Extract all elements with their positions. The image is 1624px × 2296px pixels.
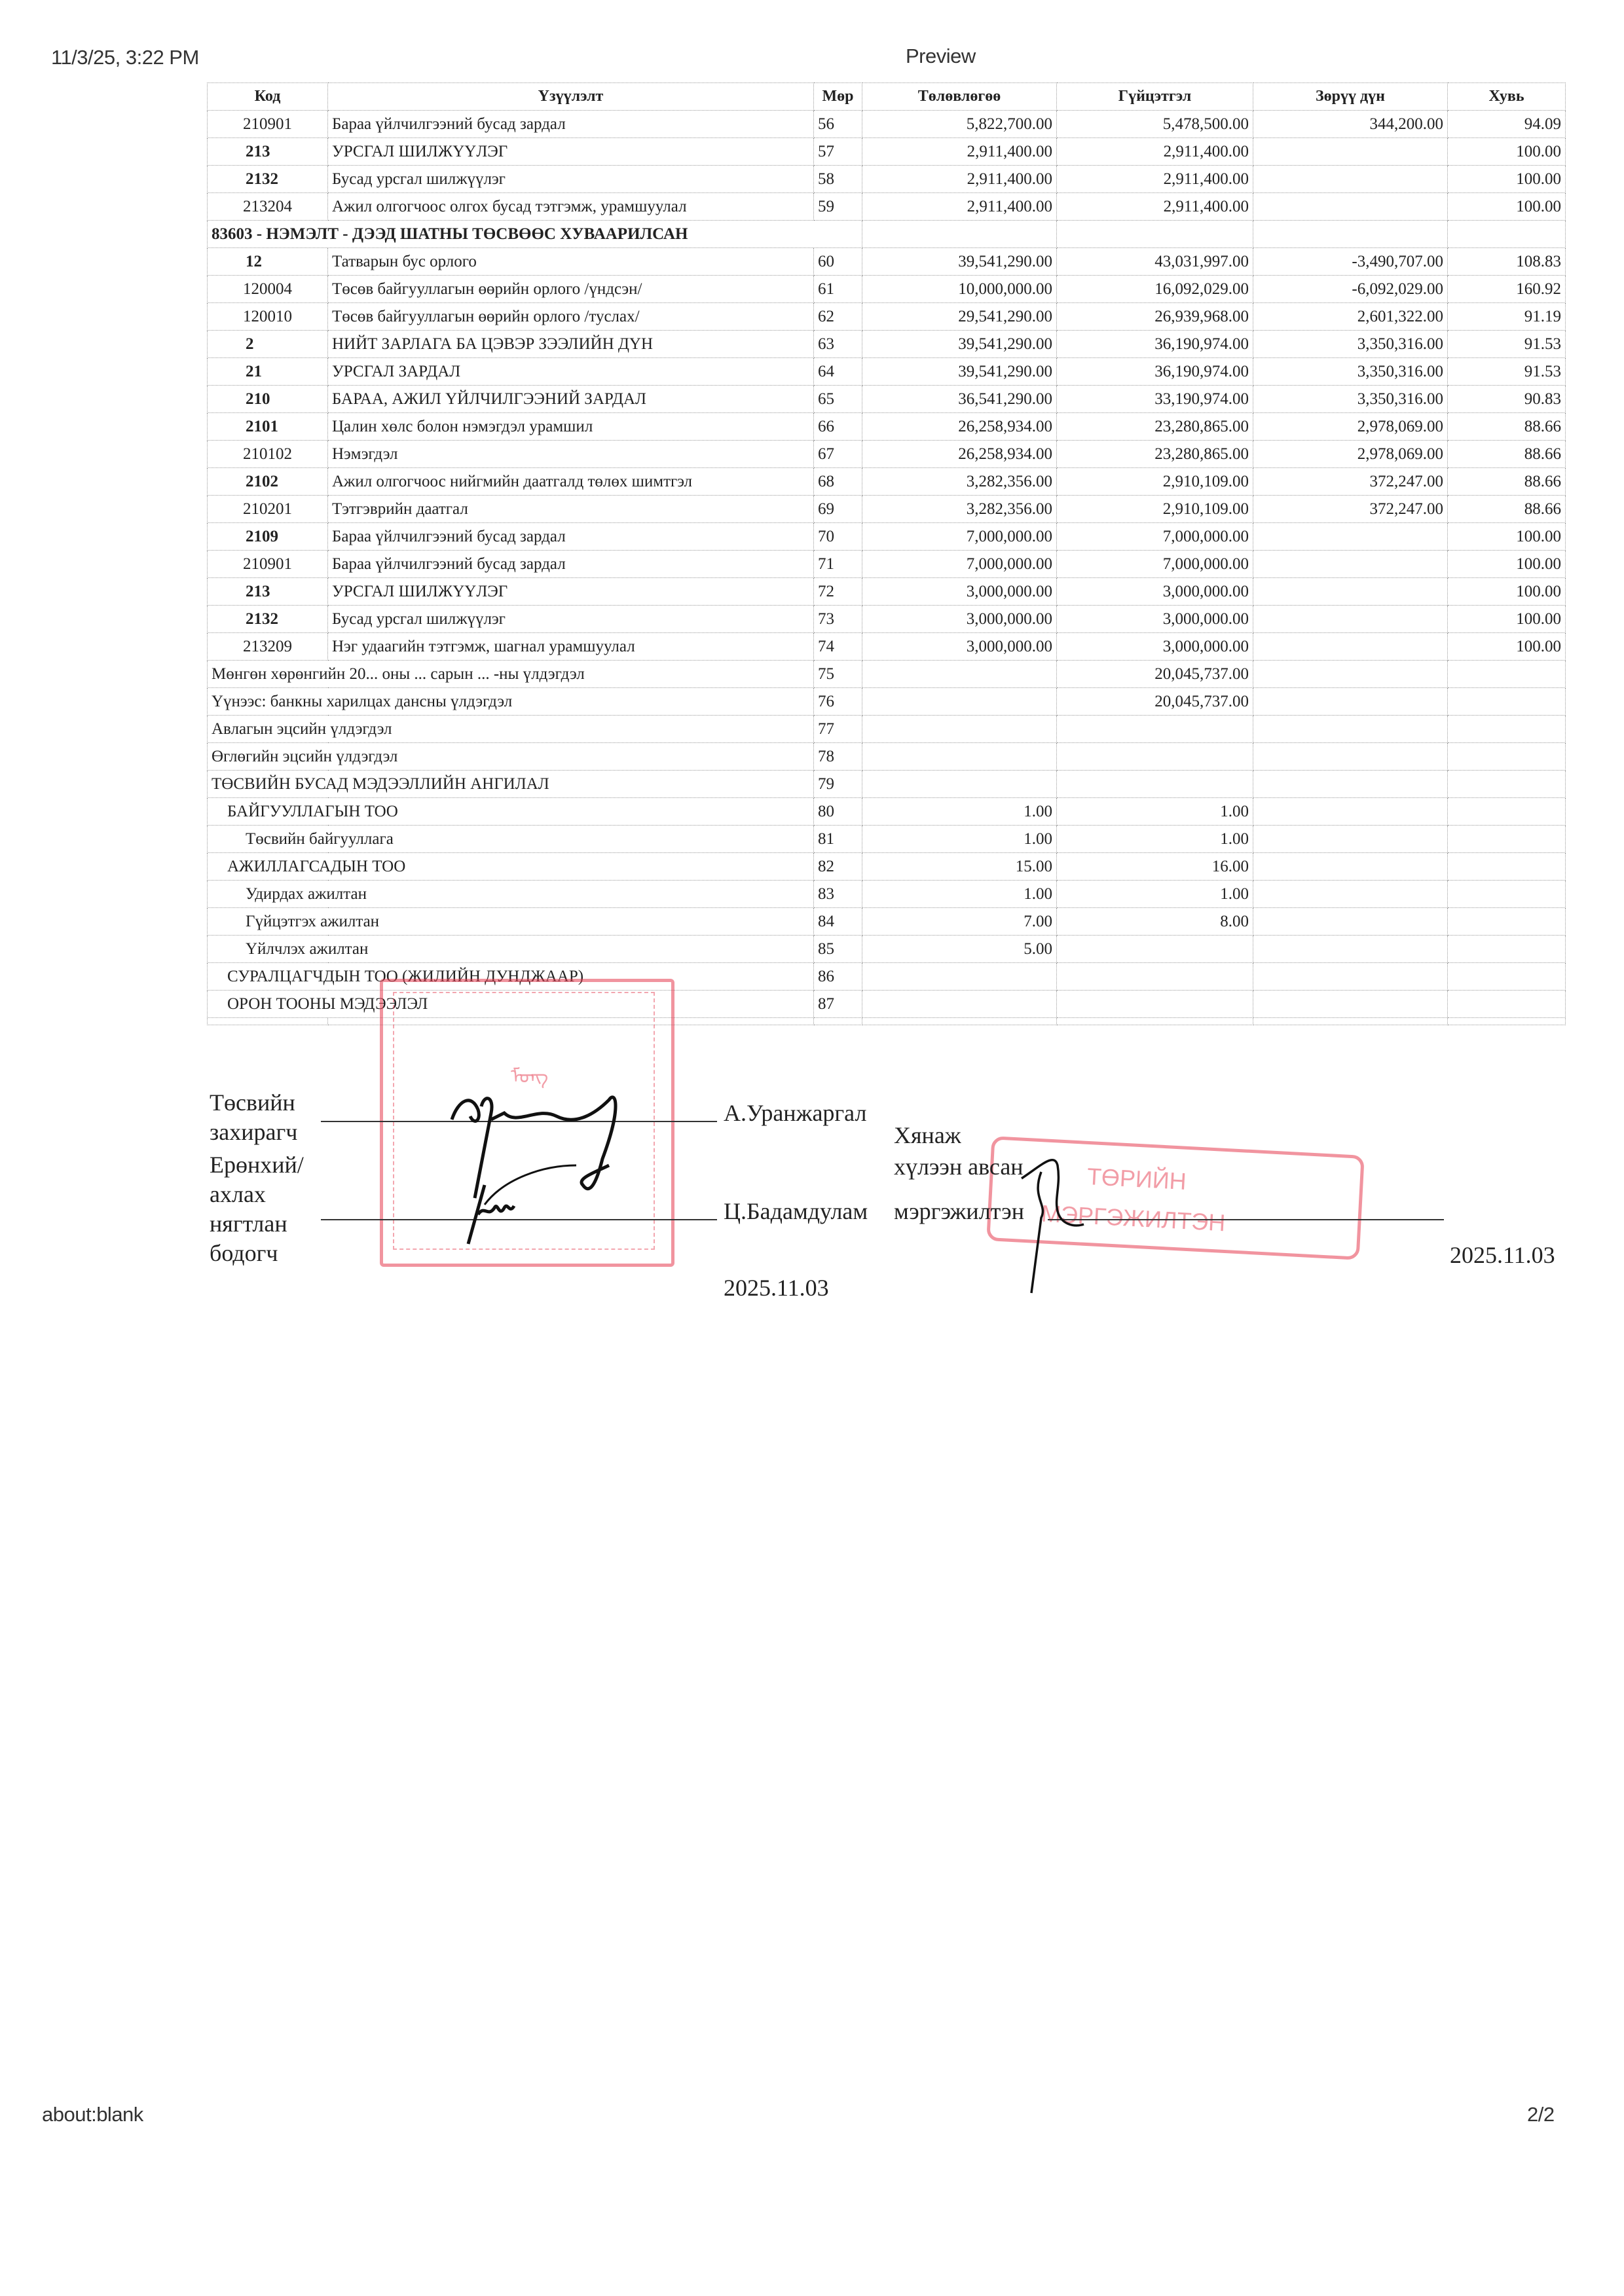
row-code: 213209: [208, 633, 328, 661]
percent-value: 100.00: [1448, 193, 1566, 221]
plan-value: 1.00: [862, 798, 1057, 826]
row-number: 86: [814, 963, 862, 991]
empty-cell: [1057, 1018, 1253, 1025]
row-number: 73: [814, 606, 862, 633]
plan-value: 7.00: [862, 908, 1057, 936]
empty-cell: [1253, 221, 1448, 248]
percent-value: 88.66: [1448, 496, 1566, 523]
row-number: 62: [814, 303, 862, 331]
row-number: 71: [814, 551, 862, 578]
actual-value: 7,000,000.00: [1057, 551, 1253, 578]
plan-value: 29,541,290.00: [862, 303, 1057, 331]
empty-cell: [208, 1018, 328, 1025]
actual-value: 2,911,400.00: [1057, 138, 1253, 166]
table-row: 210БАРАА, АЖИЛ ҮЙЛЧИЛГЭЭНИЙ ЗАРДАЛ6536,5…: [208, 386, 1566, 413]
actual-value: 20,045,737.00: [1057, 661, 1253, 688]
stamp-glyph: ᠮᠣᠩ: [511, 1054, 548, 1089]
reviewer-title-3: мэргэжилтэн: [894, 1197, 1024, 1226]
actual-value: 26,939,968.00: [1057, 303, 1253, 331]
row-number: 61: [814, 276, 862, 303]
summary-row: Үүнээс: банкны харилцах дансны үлдэгдэл7…: [208, 688, 1566, 716]
row-code: 21: [208, 358, 328, 386]
row-code: 120010: [208, 303, 328, 331]
table-row: 210102Нэмэгдэл6726,258,934.0023,280,865.…: [208, 441, 1566, 468]
row-label: ТӨСВИЙН БУСАД МЭДЭЭЛЛИЙН АНГИЛАЛ: [208, 771, 814, 798]
plan-value: 7,000,000.00: [862, 551, 1057, 578]
empty-cell: [1448, 1018, 1566, 1025]
plan-value: 2,911,400.00: [862, 166, 1057, 193]
row-label: Өглөгийн эцсийн үлдэгдэл: [208, 743, 814, 771]
actual-value: 1.00: [1057, 881, 1253, 908]
percent-value: [1448, 798, 1566, 826]
plan-value: 26,258,934.00: [862, 441, 1057, 468]
column-header: Код: [208, 83, 328, 111]
row-label: Тэтгэврийн даатгал: [328, 496, 814, 523]
row-code: 213: [208, 578, 328, 606]
row-label: Нэг удаагийн тэтгэмж, шагнал урамшуулал: [328, 633, 814, 661]
row-code: 210901: [208, 551, 328, 578]
difference-value: [1253, 661, 1448, 688]
percent-value: 100.00: [1448, 551, 1566, 578]
row-number: 64: [814, 358, 862, 386]
percent-value: 88.66: [1448, 468, 1566, 496]
row-label: Авлагын эцсийн үлдэгдэл: [208, 716, 814, 743]
plan-value: 39,541,290.00: [862, 358, 1057, 386]
actual-value: [1057, 936, 1253, 963]
row-number: 66: [814, 413, 862, 441]
table-row: 2102Ажил олгогчоос нийгмийн даатгалд төл…: [208, 468, 1566, 496]
table-row: 2НИЙТ ЗАРЛАГА БА ЦЭВЭР ЗЭЭЛИЙН ДҮН6339,5…: [208, 331, 1566, 358]
row-code: 12: [208, 248, 328, 276]
row-number: 59: [814, 193, 862, 221]
difference-value: [1253, 963, 1448, 991]
actual-value: 36,190,974.00: [1057, 358, 1253, 386]
actual-value: [1057, 716, 1253, 743]
plan-value: [862, 743, 1057, 771]
empty-cell: [862, 1018, 1057, 1025]
table-row: 2132Бусад урсгал шилжүүлэг733,000,000.00…: [208, 606, 1566, 633]
empty-cell: [862, 221, 1057, 248]
actual-value: 23,280,865.00: [1057, 441, 1253, 468]
plan-value: 5,822,700.00: [862, 111, 1057, 138]
empty-cell: [814, 1018, 862, 1025]
difference-value: [1253, 853, 1448, 881]
table-row: 213УРСГАЛ ШИЛЖҮҮЛЭГ572,911,400.002,911,4…: [208, 138, 1566, 166]
actual-value: 2,911,400.00: [1057, 166, 1253, 193]
difference-value: [1253, 798, 1448, 826]
row-number: 63: [814, 331, 862, 358]
percent-value: 88.66: [1448, 413, 1566, 441]
row-code: 2132: [208, 166, 328, 193]
row-label: УРСГАЛ ШИЛЖҮҮЛЭГ: [328, 578, 814, 606]
row-label: Бараа үйлчилгээний бусад зардал: [328, 111, 814, 138]
percent-value: [1448, 716, 1566, 743]
row-code: 213204: [208, 193, 328, 221]
row-label: Ажил олгогчоос нийгмийн даатгалд төлөх ш…: [328, 468, 814, 496]
difference-value: [1253, 991, 1448, 1018]
difference-value: [1253, 936, 1448, 963]
actual-value: 16,092,029.00: [1057, 276, 1253, 303]
plan-value: [862, 688, 1057, 716]
table-row: 12Татварын бус орлого6039,541,290.0043,0…: [208, 248, 1566, 276]
row-label: АЖИЛЛАГСАДЫН ТОО: [208, 853, 814, 881]
percent-value: [1448, 688, 1566, 716]
actual-value: [1057, 991, 1253, 1018]
accountant-title-1: Ерөнхий/: [210, 1150, 304, 1179]
actual-value: 8.00: [1057, 908, 1253, 936]
table-row: 210201Тэтгэврийн даатгал693,282,356.002,…: [208, 496, 1566, 523]
actual-value: 1.00: [1057, 798, 1253, 826]
table-row: 21УРСГАЛ ЗАРДАЛ6439,541,290.0036,190,974…: [208, 358, 1566, 386]
plan-value: [862, 963, 1057, 991]
actual-value: [1057, 743, 1253, 771]
row-number: 82: [814, 853, 862, 881]
row-label: Төсвийн байгууллага: [208, 826, 814, 853]
left-date: 2025.11.03: [724, 1273, 829, 1302]
table-row: 210901Бараа үйлчилгээний бусад зардал717…: [208, 551, 1566, 578]
actual-value: 2,910,109.00: [1057, 468, 1253, 496]
percent-value: 160.92: [1448, 276, 1566, 303]
plan-value: [862, 991, 1057, 1018]
row-number: 72: [814, 578, 862, 606]
column-header: Мөр: [814, 83, 862, 111]
difference-value: [1253, 138, 1448, 166]
row-number: 75: [814, 661, 862, 688]
stamp-right-text: ТӨРИЙН: [1086, 1163, 1187, 1195]
table-row: 213УРСГАЛ ШИЛЖҮҮЛЭГ723,000,000.003,000,0…: [208, 578, 1566, 606]
reviewer-title-1: Хянаж: [894, 1121, 961, 1150]
table-row: 213204Ажил олгогчоос олгох бусад тэтгэмж…: [208, 193, 1566, 221]
difference-value: [1253, 633, 1448, 661]
actual-value: 3,000,000.00: [1057, 633, 1253, 661]
actual-value: 33,190,974.00: [1057, 386, 1253, 413]
row-label: Төсөв байгууллагын өөрийн орлого /туслах…: [328, 303, 814, 331]
section-title: 83603 - НЭМЭЛТ - ДЭЭД ШАТНЫ ТӨСВӨӨС ХУВА…: [208, 221, 862, 248]
reviewer-signature-line: [1048, 1219, 1444, 1220]
row-code: 2109: [208, 523, 328, 551]
difference-value: [1253, 826, 1448, 853]
difference-value: [1253, 606, 1448, 633]
percent-value: [1448, 853, 1566, 881]
row-label: Удирдах ажилтан: [208, 881, 814, 908]
row-label: БАЙГУУЛЛАГЫН ТОО: [208, 798, 814, 826]
row-label: Мөнгөн хөрөнгийн 20... оны ... сарын ...…: [208, 661, 814, 688]
row-code: 210201: [208, 496, 328, 523]
row-label: УРСГАЛ ЗАРДАЛ: [328, 358, 814, 386]
column-header: Гүйцэтгэл: [1057, 83, 1253, 111]
difference-value: 3,350,316.00: [1253, 358, 1448, 386]
plan-value: 36,541,290.00: [862, 386, 1057, 413]
difference-value: -3,490,707.00: [1253, 248, 1448, 276]
accountant-title-4: бодогч: [210, 1239, 278, 1267]
row-label: Төсөв байгууллагын өөрийн орлого /үндсэн…: [328, 276, 814, 303]
difference-value: 2,978,069.00: [1253, 441, 1448, 468]
row-label: Бусад урсгал шилжүүлэг: [328, 166, 814, 193]
difference-value: [1253, 551, 1448, 578]
difference-value: [1253, 716, 1448, 743]
percent-value: 91.53: [1448, 358, 1566, 386]
row-number: 70: [814, 523, 862, 551]
row-number: 58: [814, 166, 862, 193]
difference-value: [1253, 908, 1448, 936]
row-number: 69: [814, 496, 862, 523]
percent-value: [1448, 743, 1566, 771]
plan-value: 15.00: [862, 853, 1057, 881]
percent-value: [1448, 771, 1566, 798]
summary-row: Мөнгөн хөрөнгийн 20... оны ... сарын ...…: [208, 661, 1566, 688]
actual-value: 5,478,500.00: [1057, 111, 1253, 138]
budget-report-table: КодҮзүүлэлтМөрТөлөвлөгөөГүйцэтгэлЗөрүү д…: [207, 82, 1566, 1025]
row-label: БАРАА, АЖИЛ ҮЙЛЧИЛГЭЭНИЙ ЗАРДАЛ: [328, 386, 814, 413]
summary-row: АЖИЛЛАГСАДЫН ТОО8215.0016.00: [208, 853, 1566, 881]
right-date: 2025.11.03: [1450, 1241, 1555, 1269]
row-number: 84: [814, 908, 862, 936]
percent-value: 100.00: [1448, 166, 1566, 193]
actual-value: 3,000,000.00: [1057, 578, 1253, 606]
percent-value: [1448, 963, 1566, 991]
plan-value: 7,000,000.00: [862, 523, 1057, 551]
actual-value: 16.00: [1057, 853, 1253, 881]
difference-value: 3,350,316.00: [1253, 386, 1448, 413]
percent-value: 90.83: [1448, 386, 1566, 413]
row-number: 57: [814, 138, 862, 166]
percent-value: [1448, 991, 1566, 1018]
column-header: Зөрүү дүн: [1253, 83, 1448, 111]
row-number: 87: [814, 991, 862, 1018]
table-row: 2132Бусад урсгал шилжүүлэг582,911,400.00…: [208, 166, 1566, 193]
table-row: 120004Төсөв байгууллагын өөрийн орлого /…: [208, 276, 1566, 303]
plan-value: 3,000,000.00: [862, 606, 1057, 633]
actual-value: [1057, 771, 1253, 798]
plan-value: 1.00: [862, 826, 1057, 853]
row-code: 210: [208, 386, 328, 413]
accountant-signature: [458, 1178, 563, 1250]
accountant-title-2: ахлах: [210, 1180, 266, 1209]
column-header: Төлөвлөгөө: [862, 83, 1057, 111]
row-number: 80: [814, 798, 862, 826]
row-code: 213: [208, 138, 328, 166]
actual-value: 23,280,865.00: [1057, 413, 1253, 441]
print-page-number: 2/2: [1527, 2103, 1555, 2126]
percent-value: 91.53: [1448, 331, 1566, 358]
plan-value: 3,282,356.00: [862, 496, 1057, 523]
row-label: Ажил олгогчоос олгох бусад тэтгэмж, урам…: [328, 193, 814, 221]
summary-row: Удирдах ажилтан831.001.00: [208, 881, 1566, 908]
plan-value: 2,911,400.00: [862, 193, 1057, 221]
table-row: 213209Нэг удаагийн тэтгэмж, шагнал урамш…: [208, 633, 1566, 661]
row-number: 78: [814, 743, 862, 771]
difference-value: [1253, 771, 1448, 798]
print-datetime: 11/3/25, 3:22 PM: [51, 46, 199, 69]
column-header: Үзүүлэлт: [328, 83, 814, 111]
percent-value: [1448, 661, 1566, 688]
plan-value: 26,258,934.00: [862, 413, 1057, 441]
row-code: 210102: [208, 441, 328, 468]
row-label: Үйлчлэх ажилтан: [208, 936, 814, 963]
accountant-name: Ц.Бадамдулам: [724, 1197, 868, 1226]
row-code: 2101: [208, 413, 328, 441]
row-number: 85: [814, 936, 862, 963]
actual-value: 3,000,000.00: [1057, 606, 1253, 633]
table-row: 120010Төсөв байгууллагын өөрийн орлого /…: [208, 303, 1566, 331]
row-code: 2102: [208, 468, 328, 496]
actual-value: 20,045,737.00: [1057, 688, 1253, 716]
manager-title-1: Төсвийн: [210, 1088, 295, 1117]
row-label: УРСГАЛ ШИЛЖҮҮЛЭГ: [328, 138, 814, 166]
difference-value: 2,978,069.00: [1253, 413, 1448, 441]
actual-value: 2,911,400.00: [1057, 193, 1253, 221]
percent-value: 88.66: [1448, 441, 1566, 468]
section-header-row: 83603 - НЭМЭЛТ - ДЭЭД ШАТНЫ ТӨСВӨӨС ХУВА…: [208, 221, 1566, 248]
difference-value: [1253, 578, 1448, 606]
empty-cell: [1448, 221, 1566, 248]
row-number: 77: [814, 716, 862, 743]
row-label: Нэмэгдэл: [328, 441, 814, 468]
table-header-row: КодҮзүүлэлтМөрТөлөвлөгөөГүйцэтгэлЗөрүү д…: [208, 83, 1566, 111]
row-label: Үүнээс: банкны харилцах дансны үлдэгдэл: [208, 688, 814, 716]
summary-row: Авлагын эцсийн үлдэгдэл77: [208, 716, 1566, 743]
manager-name: А.Уранжаргал: [724, 1099, 866, 1127]
difference-value: [1253, 166, 1448, 193]
row-code: 2: [208, 331, 328, 358]
row-label: Цалин хөлс болон нэмэгдэл урамшил: [328, 413, 814, 441]
difference-value: 2,601,322.00: [1253, 303, 1448, 331]
difference-value: [1253, 523, 1448, 551]
summary-row: Өглөгийн эцсийн үлдэгдэл78: [208, 743, 1566, 771]
row-number: 56: [814, 111, 862, 138]
plan-value: 10,000,000.00: [862, 276, 1057, 303]
row-label: Татварын бус орлого: [328, 248, 814, 276]
difference-value: -6,092,029.00: [1253, 276, 1448, 303]
row-number: 83: [814, 881, 862, 908]
print-title: Preview: [906, 45, 976, 68]
percent-value: 100.00: [1448, 578, 1566, 606]
difference-value: [1253, 688, 1448, 716]
plan-value: 3,000,000.00: [862, 633, 1057, 661]
difference-value: 372,247.00: [1253, 468, 1448, 496]
actual-value: 7,000,000.00: [1057, 523, 1253, 551]
accountant-title-3: нягтлан: [210, 1209, 287, 1238]
column-header: Хувь: [1448, 83, 1566, 111]
percent-value: [1448, 908, 1566, 936]
difference-value: 3,350,316.00: [1253, 331, 1448, 358]
actual-value: 36,190,974.00: [1057, 331, 1253, 358]
row-number: 67: [814, 441, 862, 468]
difference-value: [1253, 743, 1448, 771]
percent-value: [1448, 936, 1566, 963]
reviewer-title-2: хүлээн авсан: [894, 1152, 1024, 1181]
row-label: Бараа үйлчилгээний бусад зардал: [328, 551, 814, 578]
percent-value: 108.83: [1448, 248, 1566, 276]
row-label: Бараа үйлчилгээний бусад зардал: [328, 523, 814, 551]
table-row: 210901Бараа үйлчилгээний бусад зардал565…: [208, 111, 1566, 138]
actual-value: 43,031,997.00: [1057, 248, 1253, 276]
percent-value: 91.19: [1448, 303, 1566, 331]
plan-value: 3,000,000.00: [862, 578, 1057, 606]
manager-title-2: захирагч: [210, 1118, 297, 1146]
print-footer-url: about:blank: [42, 2103, 143, 2126]
percent-value: 100.00: [1448, 523, 1566, 551]
row-label: Бусад урсгал шилжүүлэг: [328, 606, 814, 633]
table-row: 2109Бараа үйлчилгээний бусад зардал707,0…: [208, 523, 1566, 551]
percent-value: 100.00: [1448, 633, 1566, 661]
summary-row: Гүйцэтгэх ажилтан847.008.00: [208, 908, 1566, 936]
summary-row: БАЙГУУЛЛАГЫН ТОО801.001.00: [208, 798, 1566, 826]
row-label: НИЙТ ЗАРЛАГА БА ЦЭВЭР ЗЭЭЛИЙН ДҮН: [328, 331, 814, 358]
row-number: 79: [814, 771, 862, 798]
row-code: 2132: [208, 606, 328, 633]
reviewer-signature: [1015, 1152, 1094, 1296]
percent-value: [1448, 881, 1566, 908]
plan-value: [862, 771, 1057, 798]
actual-value: [1057, 963, 1253, 991]
percent-value: 100.00: [1448, 138, 1566, 166]
table-row: 2101Цалин хөлс болон нэмэгдэл урамшил662…: [208, 413, 1566, 441]
plan-value: 39,541,290.00: [862, 248, 1057, 276]
actual-value: 2,910,109.00: [1057, 496, 1253, 523]
row-number: 65: [814, 386, 862, 413]
row-code: 120004: [208, 276, 328, 303]
plan-value: 2,911,400.00: [862, 138, 1057, 166]
summary-row: ТӨСВИЙН БУСАД МЭДЭЭЛЛИЙН АНГИЛАЛ79: [208, 771, 1566, 798]
empty-cell: [1057, 221, 1253, 248]
row-number: 68: [814, 468, 862, 496]
summary-row: Төсвийн байгууллага811.001.00: [208, 826, 1566, 853]
percent-value: 100.00: [1448, 606, 1566, 633]
difference-value: [1253, 193, 1448, 221]
summary-row: Үйлчлэх ажилтан855.00: [208, 936, 1566, 963]
plan-value: 5.00: [862, 936, 1057, 963]
plan-value: 1.00: [862, 881, 1057, 908]
plan-value: 3,282,356.00: [862, 468, 1057, 496]
row-label: Гүйцэтгэх ажилтан: [208, 908, 814, 936]
plan-value: [862, 716, 1057, 743]
empty-cell: [1253, 1018, 1448, 1025]
row-code: 210901: [208, 111, 328, 138]
difference-value: [1253, 881, 1448, 908]
row-number: 60: [814, 248, 862, 276]
row-number: 76: [814, 688, 862, 716]
actual-value: 1.00: [1057, 826, 1253, 853]
row-number: 81: [814, 826, 862, 853]
plan-value: 39,541,290.00: [862, 331, 1057, 358]
percent-value: [1448, 826, 1566, 853]
difference-value: 372,247.00: [1253, 496, 1448, 523]
difference-value: 344,200.00: [1253, 111, 1448, 138]
plan-value: [862, 661, 1057, 688]
row-number: 74: [814, 633, 862, 661]
percent-value: 94.09: [1448, 111, 1566, 138]
